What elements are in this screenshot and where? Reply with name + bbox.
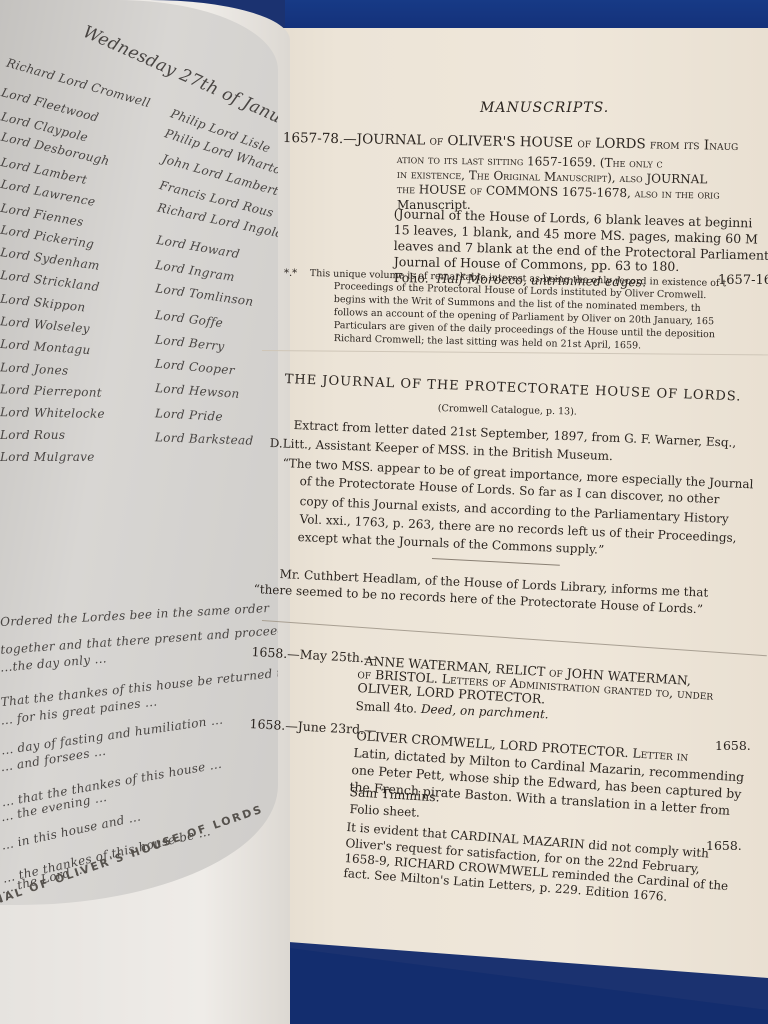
note-mark: *.* xyxy=(284,268,297,279)
manuscript-facsimile: Wednesday 27th of January 1657 Richard L… xyxy=(0,0,278,905)
entry-format: Small 4to. xyxy=(355,699,417,716)
book-cover-cloth-top xyxy=(285,0,768,30)
running-head: MANUSCRIPTS. xyxy=(480,100,609,116)
entry-date: 1657-78.— xyxy=(283,130,357,147)
entry-year: 1658. xyxy=(706,838,742,853)
left-page: Wednesday 27th of January 1657 Richard L… xyxy=(0,0,290,1024)
entry-year: 1658. xyxy=(715,738,751,753)
